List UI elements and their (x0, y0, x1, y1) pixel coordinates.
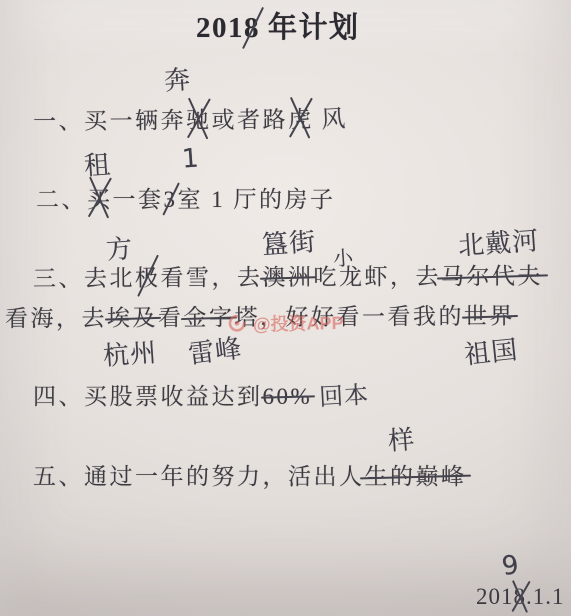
watermark-text: @投资APP (253, 309, 344, 337)
struck-maldives: 马尔代夫 (441, 264, 543, 290)
struck-sixty-percent: 60% (263, 384, 313, 409)
annotation-huiben: 回本 (318, 375, 370, 413)
struck-chi: 驰 (186, 102, 212, 135)
item5-text: 五、通过一年的努力，活出人 (33, 464, 365, 489)
plan-item-4: 四、买股票收益达到60%回本 (33, 376, 369, 411)
struck-rensheng: 生的巅峰 (365, 464, 467, 489)
item3-text5: 看 (158, 305, 184, 330)
item3-text2: 看雪，去 (160, 265, 262, 291)
date-prefix: 201 (476, 584, 514, 609)
item2-marker: 二、 (36, 187, 87, 212)
title-year-prefix: 201 (196, 12, 244, 44)
annotation-ben: 奔 (163, 59, 193, 98)
item2-text2: 室 1 厅的房子 (178, 187, 336, 212)
struck-hu: 虎 (288, 101, 314, 134)
document-title: 2018年计划 (196, 5, 360, 46)
item4-text: 四、买股票收益达到 (33, 384, 263, 409)
annotation-beidaihe: 北戴河 (457, 220, 540, 263)
annotation-yang: 样 (387, 419, 417, 458)
title-struck-digit: 8 (244, 12, 260, 45)
item3-text3: 吃龙虾，去 (313, 264, 441, 290)
date-suffix: .1.1 (526, 584, 565, 609)
title-text: 年计划 (268, 12, 360, 44)
item3-text1: 三、去北 (33, 266, 135, 292)
plan-item-2: 二、买一套3室 1 厅的房子 (36, 181, 336, 214)
struck-eight-date: 8 (514, 584, 527, 610)
struck-shijie: 世界 (464, 304, 515, 329)
annotation-feng: 风 (319, 98, 346, 134)
annotation-one: 1 (181, 143, 201, 174)
struck-three: 3 (164, 187, 178, 213)
paper-document: 2018年计划 奔 一、买一辆奔驰或者路虎风 租 1 二、买一套3室 1 厅的房… (0, 0, 571, 616)
item1-text: 一、买一辆奔 (33, 108, 186, 134)
plan-item-3-line1: 三、去北极看雪，去澳洲吃龙虾，去马尔代夫 (33, 258, 543, 294)
watermark-swirl-icon (224, 311, 250, 337)
item3-text4: 看海，去 (5, 306, 107, 332)
item2-text1: 一套 (113, 187, 164, 212)
watermark: @投资APP (224, 309, 344, 337)
annotation-guijie: 簋街 (261, 221, 317, 262)
plan-item-1: 一、买一辆奔驰或者路虎风 (33, 99, 346, 136)
struck-aiji: 埃及 (107, 306, 158, 331)
annotation-rent: 租 (83, 144, 113, 183)
document-date: 2018.1.1 (476, 584, 565, 610)
annotation-nine: 9 (500, 550, 522, 582)
item1-text2: 或者路 (211, 107, 288, 133)
annotation-zuguo: 祖国 (462, 329, 520, 371)
struck-ji: 极 (135, 260, 161, 293)
struck-aozhou: 澳洲 (262, 265, 313, 290)
struck-buy: 买 (87, 181, 113, 214)
annotation-hangzhou: 杭州 (102, 332, 158, 373)
plan-item-5: 五、通过一年的努力，活出人生的巅峰 (33, 458, 467, 491)
